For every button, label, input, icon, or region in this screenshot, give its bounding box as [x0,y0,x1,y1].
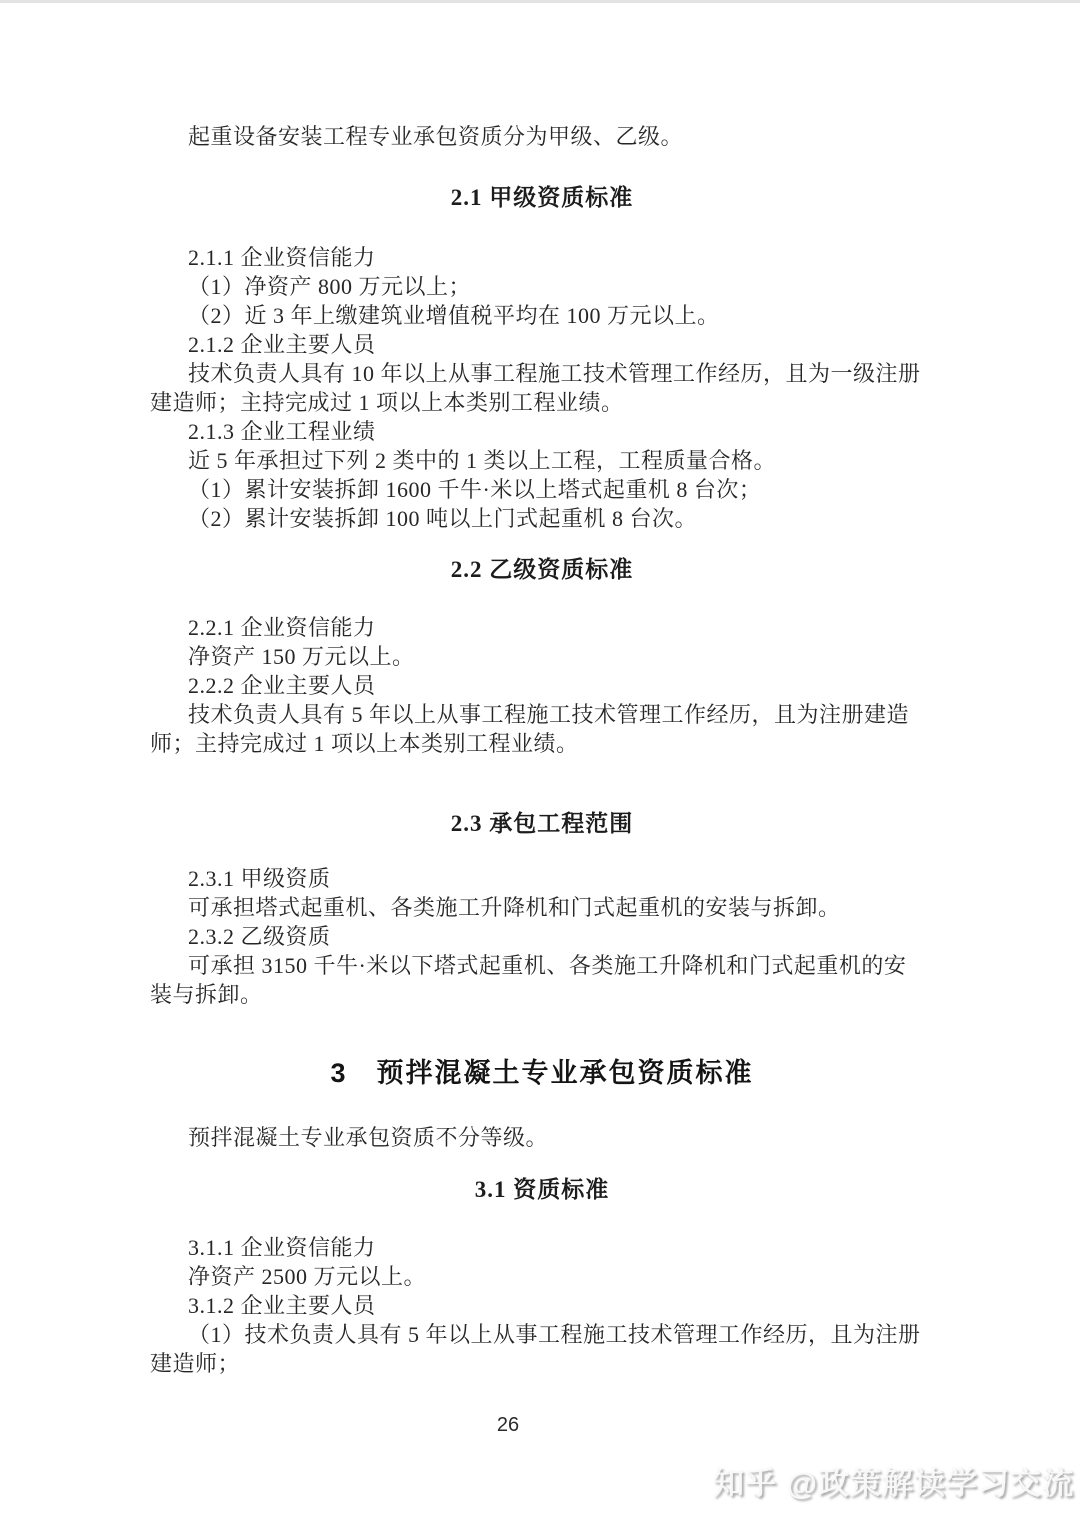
section-2-1: 2.1.1 企业资信能力 （1）净资产 800 万元以上； （2）近 3 年上缴… [150,243,934,533]
heading-2-2: 2.2 乙级资质标准 [150,555,934,585]
text-line: 师；主持完成过 1 项以上本类别工程业绩。 [150,729,934,758]
text-line: 净资产 2500 万元以上。 [150,1262,934,1291]
text-line: 可承担 3150 千牛·米以下塔式起重机、各类施工升降机和门式起重机的安 [150,951,934,980]
text-line: （2）累计安装拆卸 100 吨以上门式起重机 8 台次。 [150,504,934,533]
text-line: （2）近 3 年上缴建筑业增值税平均在 100 万元以上。 [150,301,934,330]
text-line: 建造师； [150,1349,934,1378]
text-line: 建造师；主持完成过 1 项以上本类别工程业绩。 [150,388,934,417]
text-line: 技术负责人具有 5 年以上从事工程施工技术管理工作经历，且为注册建造 [150,700,934,729]
text-line: 净资产 150 万元以上。 [150,642,934,671]
text-line: 2.1.3 企业工程业绩 [150,417,934,446]
heading-2-3: 2.3 承包工程范围 [150,809,934,839]
text-line: 装与拆卸。 [150,980,934,1009]
chapter-3-intro: 预拌混凝土专业承包资质不分等级。 [150,1123,934,1152]
text-line: （1）技术负责人具有 5 年以上从事工程施工技术管理工作经历，且为注册 [150,1320,934,1349]
text-line: 技术负责人具有 10 年以上从事工程施工技术管理工作经历，且为一级注册 [150,359,934,388]
page-top-edge [0,0,1080,3]
document-page: 起重设备安装工程专业承包资质分为甲级、乙级。 2.1 甲级资质标准 2.1.1 … [0,0,1080,1527]
text-line: 2.2.1 企业资信能力 [150,613,934,642]
section-3-1: 3.1.1 企业资信能力 净资产 2500 万元以上。 3.1.2 企业主要人员… [150,1233,934,1378]
text-line: 可承担塔式起重机、各类施工升降机和门式起重机的安装与拆卸。 [150,893,934,922]
text-line: 2.3.1 甲级资质 [150,864,934,893]
text-line: 3.1.1 企业资信能力 [150,1233,934,1262]
text-line: （1）累计安装拆卸 1600 千牛·米以上塔式起重机 8 台次； [150,475,934,504]
text-line: （1）净资产 800 万元以上； [150,272,934,301]
page-number: 26 [0,1414,1016,1437]
heading-2-1: 2.1 甲级资质标准 [150,183,934,213]
document-body: 起重设备安装工程专业承包资质分为甲级、乙级。 2.1 甲级资质标准 2.1.1 … [150,122,934,1378]
section-2-2: 2.2.1 企业资信能力 净资产 150 万元以上。 2.2.2 企业主要人员 … [150,613,934,758]
watermark: 知乎 @政策解读学习交流 [713,1458,1074,1503]
text-line: 3.1.2 企业主要人员 [150,1291,934,1320]
intro-line: 起重设备安装工程专业承包资质分为甲级、乙级。 [150,122,934,151]
text-line: 2.2.2 企业主要人员 [150,671,934,700]
heading-3-1: 3.1 资质标准 [150,1175,934,1205]
text-line: 2.1.2 企业主要人员 [150,330,934,359]
text-line: 近 5 年承担过下列 2 类中的 1 类以上工程，工程质量合格。 [150,446,934,475]
section-2-3: 2.3.1 甲级资质 可承担塔式起重机、各类施工升降机和门式起重机的安装与拆卸。… [150,864,934,1009]
text-line: 2.3.2 乙级资质 [150,922,934,951]
heading-chapter-3: 3 预拌混凝土专业承包资质标准 [150,1053,934,1093]
text-line: 2.1.1 企业资信能力 [150,243,934,272]
